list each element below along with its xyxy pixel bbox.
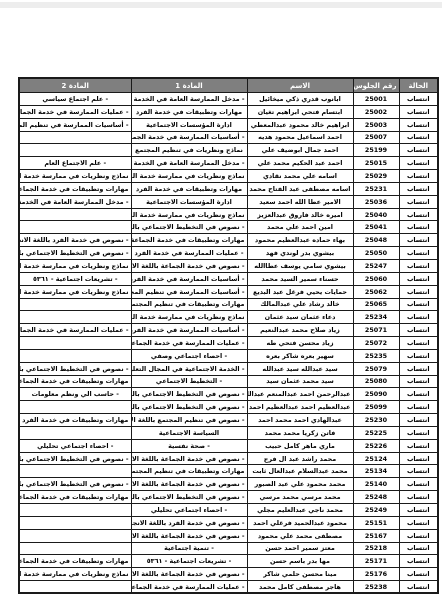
name-cell: محمد ناجي عبدالعليم مجلي: [247, 504, 353, 517]
table-row: انتساب25099عبدالعظيم احمد عبدالعظيم احمد…: [19, 401, 438, 414]
table-row: انتساب25167مصطفى محمد علي محمود- نصوص في…: [19, 529, 438, 542]
name-cell: مها بدر باسم حسن: [247, 555, 353, 568]
table-row: انتساب25036الامير عطا الله احمد سعيدادار…: [19, 195, 438, 208]
subject2-cell: [19, 401, 131, 414]
subject1-cell: - التخطيط الاجتماعي: [131, 375, 247, 388]
seat-number-cell: 25199: [353, 144, 399, 157]
subject2-cell: - نصوص في التخطيط الاجتماعي باللغة الانج…: [19, 452, 131, 465]
subject2-cell: نماذج ونظريات في ممارسة خدمة الجماعة: [19, 568, 131, 581]
subject2-cell: - نصوص في التخطيط الاجتماعي باللغة الانج…: [19, 478, 131, 491]
subject2-cell: نماذج ونظريات في ممارسة خدمة الجماعة: [19, 170, 131, 183]
seat-number-cell: 25040: [353, 208, 399, 221]
seat-number-cell: 25090: [353, 388, 399, 401]
status-cell: انتساب: [399, 504, 438, 517]
status-cell: انتساب: [399, 388, 438, 401]
subject1-cell: نماذج ونظريات في ممارسة خدمة الفرد: [131, 311, 247, 324]
seat-number-cell: 25238: [353, 581, 399, 594]
table-row: انتساب25235سهير بعره شاكر بعره- احصاء اج…: [19, 349, 438, 362]
name-cell: ابراهيم خالد محمود عبدالمعطي: [247, 118, 353, 131]
subject2-cell: مهارات وتطبيقات في خدمة الجماعة: [19, 555, 131, 568]
name-cell: خالد رشاد علي عبدالمالك: [247, 298, 353, 311]
subject1-cell: - الخدمة الاجتماعية في المجال التعليمي و…: [131, 362, 247, 375]
subject1-cell: - نصوص في خدمة الجماعة باللغة الانجليزية: [131, 452, 247, 465]
name-cell: احمد جمال ابوضيف علي: [247, 144, 353, 157]
table-row: انتساب25234دعاء عثمان سيد عثماننماذج ونظ…: [19, 311, 438, 324]
seat-number-cell: 25002: [353, 105, 399, 118]
subject2-cell: نماذج ونظريات في ممارسة خدمة الجماعة: [19, 259, 131, 272]
subject2-cell: - عمليات الممارسة في خدمة الجماعة: [19, 105, 131, 118]
subject1-cell: - احصاء اجتماعي تحليلي: [131, 504, 247, 517]
table-row: انتساب25003ابراهيم خالد محمود عبدالمعطيا…: [19, 118, 438, 131]
status-cell: انتساب: [399, 349, 438, 362]
name-cell: هاجر مصطفى كامل محمد: [247, 581, 353, 594]
name-cell: اسامه مصطفى عبد الفتاح محمد: [247, 182, 353, 195]
status-cell: انتساب: [399, 529, 438, 542]
subject2-cell: [19, 504, 131, 517]
seat-number-cell: 25124: [353, 452, 399, 465]
seat-number-cell: 25099: [353, 401, 399, 414]
table-row: انتساب25225فاتن زكريا محمد محمدالسياسة ا…: [19, 426, 438, 439]
seat-number-cell: 25001: [353, 93, 399, 106]
table-row: انتساب25001ابانوب قدري ذكي ميخائيل- مدخل…: [19, 93, 438, 106]
seat-number-cell: 25079: [353, 362, 399, 375]
status-cell: انتساب: [399, 452, 438, 465]
table-row: انتساب25226ماري ماهر كامل حبيب- صحة نفسي…: [19, 439, 438, 452]
seat-number-cell: 25230: [353, 414, 399, 427]
subject2-cell: مهارات وتطبيقات في خدمة الجماعة: [19, 491, 131, 504]
status-cell: انتساب: [399, 555, 438, 568]
name-cell: محمود عبدالحميد فرغلي احمد: [247, 516, 353, 529]
table-body: انتساب25001ابانوب قدري ذكي ميخائيل- مدخل…: [19, 93, 438, 594]
seat-number-cell: 25235: [353, 349, 399, 362]
seat-number-cell: 25226: [353, 439, 399, 452]
table-row: انتساب25171مها بدر باسم حسن- تشريعات اجت…: [19, 555, 438, 568]
subject1-cell: - نصوص في التخطيط الاجتماعي باللغة الانج…: [131, 401, 247, 414]
table-row: انتساب25041امين احمد علي محمد- نصوص في ا…: [19, 221, 438, 234]
subject1-cell: - أساسيات الممارسة في تنظيم المجتمع: [131, 285, 247, 298]
table-row: انتساب25050بيشوي بدر لوندي فهد- عمليات ا…: [19, 247, 438, 260]
subject1-cell: نماذج ونظريات في تنظيم المجتمع: [131, 144, 247, 157]
table-row: انتساب25247بيشوي سامي يوسف عطاالله- نصوص…: [19, 259, 438, 272]
status-cell: انتساب: [399, 401, 438, 414]
subject2-cell: [19, 529, 131, 542]
table-row: انتساب25124محمد راشد عبد ال فرج- نصوص في…: [19, 452, 438, 465]
name-cell: ابتسام فتحي ابراهيم تغيان: [247, 105, 353, 118]
subject2-cell: [19, 581, 131, 594]
subject2-cell: - احصاء اجتماعي تحليلي: [19, 439, 131, 452]
table-row: انتساب25007احمد اسماعيل محمود هديه- أساس…: [19, 131, 438, 144]
name-cell: فاتن زكريا محمد محمد: [247, 426, 353, 439]
status-cell: انتساب: [399, 272, 438, 285]
seat-number-cell: 25048: [353, 234, 399, 247]
subject1-cell: - نصوص في خدمة الجماعة باللغة الانجليزية: [131, 529, 247, 542]
status-cell: انتساب: [399, 157, 438, 170]
subject2-cell: - أساسيات الممارسة في تنظيم المجتمع: [19, 118, 131, 131]
subject2-cell: - عمليات الممارسة في خدمة الجماعة: [19, 324, 131, 337]
name-cell: اسامه علي محمد نقادي: [247, 170, 353, 183]
table-row: انتساب25199احمد جمال ابوضيف علينماذج ونظ…: [19, 144, 438, 157]
name-cell: حسناء سمير السيد محمد: [247, 272, 353, 285]
table-row: انتساب25071زياد صلاح محمد عبدالنعيم- أسا…: [19, 324, 438, 337]
subject2-cell: [19, 221, 131, 234]
subject1-cell: - أساسيات الممارسة في خدمة الجماعة: [131, 131, 247, 144]
status-cell: انتساب: [399, 439, 438, 452]
subject2-cell: [19, 208, 131, 221]
subject1-cell: - نصوص في خدمة الجماعة باللغة الانجليزية: [131, 568, 247, 581]
table-row: انتساب25140محمد محمود علي عبد الصبور- نص…: [19, 478, 438, 491]
subject2-cell: - نصوص في خدمة الفرد باللغة الانجليزية: [19, 234, 131, 247]
subject1-cell: - نصوص في تنظيم المجتمع باللغة الانجليزي…: [131, 414, 247, 427]
table-row: انتساب25015احمد عبد الحكيم محمد علي- مدخ…: [19, 157, 438, 170]
status-cell: انتساب: [399, 170, 438, 183]
subject2-cell: مهارات وتطبيقات في خدمة الفرد: [19, 414, 131, 427]
subject2-cell: - حاسب الي ونظم معلومات: [19, 388, 131, 401]
status-cell: انتساب: [399, 131, 438, 144]
subject1-cell: - نصوص في التخطيط الاجتماعي باللغة الانج…: [131, 388, 247, 401]
status-cell: انتساب: [399, 491, 438, 504]
name-cell: حمايات يحيي فرغل عبد البديع: [247, 285, 353, 298]
seat-number-cell: 25072: [353, 337, 399, 350]
subject2-cell: [19, 131, 131, 144]
status-cell: انتساب: [399, 105, 438, 118]
subject2-cell: - مدخل الممارسة العامة في الخدمة الاجتما…: [19, 195, 131, 208]
subject2-cell: مهارات وتطبيقات في خدمة الجماعة: [19, 375, 131, 388]
seat-number-cell: 25218: [353, 542, 399, 555]
seat-number-cell: 25225: [353, 426, 399, 439]
name-cell: محمد عبدالسلام عبدالعال ثابت: [247, 465, 353, 478]
name-cell: بيشوي بدر لوندي فهد: [247, 247, 353, 260]
column-header-subject1: المادة 1: [131, 78, 247, 93]
name-cell: عبدالرحمن احمد عبدالمنعم عبدالله: [247, 388, 353, 401]
table-row: انتساب25238هاجر مصطفى كامل محمد- عمليات …: [19, 581, 438, 594]
status-cell: انتساب: [399, 581, 438, 594]
table-row: انتساب25002ابتسام فتحي ابراهيم تغيانمهار…: [19, 105, 438, 118]
table-header: الحالة رقم الجلوس الاسم المادة 1 المادة …: [19, 78, 438, 93]
subject1-cell: - أساسيات الممارسة في خدمة الفرد: [131, 324, 247, 337]
seat-number-cell: 25065: [353, 298, 399, 311]
name-cell: اميره خالد فاروق عبدالعزيز: [247, 208, 353, 221]
name-cell: احمد عبد الحكيم محمد علي: [247, 157, 353, 170]
name-cell: ابانوب قدري ذكي ميخائيل: [247, 93, 353, 106]
subject1-cell: السياسة الاجتماعية: [131, 426, 247, 439]
subject2-cell: [19, 144, 131, 157]
subject1-cell: ادارة المؤسسات الاجتماعية: [131, 195, 247, 208]
subject2-cell: [19, 426, 131, 439]
seat-number-cell: 25247: [353, 259, 399, 272]
name-cell: مصطفى محمد علي محمود: [247, 529, 353, 542]
seat-number-cell: 25176: [353, 568, 399, 581]
name-cell: زياد صلاح محمد عبدالنعيم: [247, 324, 353, 337]
subject1-cell: - مدخل الممارسة العامة في الخدمة الاجتما…: [131, 157, 247, 170]
table-row: انتساب25230عبدالهادي احمد محمد احمد- نصو…: [19, 414, 438, 427]
subject1-cell: مهارات وتطبيقات في خدمة الفرد: [131, 105, 247, 118]
status-cell: انتساب: [399, 568, 438, 581]
subject2-cell: - علم اجتماع سياسي: [19, 93, 131, 106]
subject1-cell: مهارات وتطبيقات في تنظيم المجتمع: [131, 298, 247, 311]
table-row: انتساب25151محمود عبدالحميد فرغلي احمد- ن…: [19, 516, 438, 529]
subject1-cell: - صحة نفسية: [131, 439, 247, 452]
subject2-cell: - علم الاجتماع العام: [19, 157, 131, 170]
seat-number-cell: 25249: [353, 504, 399, 517]
name-cell: سهير بعره شاكر بعره: [247, 349, 353, 362]
name-cell: امين احمد علي محمد: [247, 221, 353, 234]
subject1-cell: - عمليات الممارسة في خدمة الجماعة: [131, 337, 247, 350]
status-cell: انتساب: [399, 195, 438, 208]
subject2-cell: [19, 542, 131, 555]
status-cell: انتساب: [399, 298, 438, 311]
name-cell: احمد اسماعيل محمود هديه: [247, 131, 353, 144]
subject1-cell: - عمليات الممارسة في خدمة الجماعة: [131, 581, 247, 594]
name-cell: زياد محسن فتحي طه: [247, 337, 353, 350]
table-row: انتساب25040اميره خالد فاروق عبدالعزيزنما…: [19, 208, 438, 221]
seat-number-cell: 25151: [353, 516, 399, 529]
subject2-cell: [19, 465, 131, 478]
seat-number-cell: 25029: [353, 170, 399, 183]
seat-number-cell: 25167: [353, 529, 399, 542]
column-header-status: الحالة: [399, 78, 438, 93]
subject1-cell: - عمليات الممارسة في خدمة الفرد: [131, 247, 247, 260]
seat-number-cell: 25060: [353, 272, 399, 285]
table-row: انتساب25048بهاء حماده عبدالعظيم محمودمها…: [19, 234, 438, 247]
status-cell: انتساب: [399, 234, 438, 247]
seat-number-cell: 25050: [353, 247, 399, 260]
subject1-cell: مهارات وتطبيقات في خدمة الفرد: [131, 182, 247, 195]
subject1-cell: ادارة المؤسسات الاجتماعية: [131, 118, 247, 131]
status-cell: انتساب: [399, 208, 438, 221]
subject1-cell: مهارات وتطبيقات في خدمة الجماعة: [131, 234, 247, 247]
subject2-cell: [19, 516, 131, 529]
subject1-cell: - نصوص في خدمة الفرد باللغة الانجليزية: [131, 516, 247, 529]
subject2-cell: - نصوص في التخطيط الاجتماعي باللغة الانج…: [19, 247, 131, 260]
seat-number-cell: 25171: [353, 555, 399, 568]
table-row: انتساب25072زياد محسن فتحي طه- عمليات الم…: [19, 337, 438, 350]
seat-number-cell: 25134: [353, 465, 399, 478]
status-cell: انتساب: [399, 311, 438, 324]
subject1-cell: نماذج ونظريات في ممارسة خدمة الفرد: [131, 170, 247, 183]
status-cell: انتساب: [399, 478, 438, 491]
name-cell: بهاء حماده عبدالعظيم محمود: [247, 234, 353, 247]
subject1-cell: مهارات وتطبيقات في تنظيم المجتمع: [131, 465, 247, 478]
subject1-cell: - مدخل الممارسة العامة في الخدمة الاجتما…: [131, 93, 247, 106]
seat-number-cell: 25036: [353, 195, 399, 208]
table-row: انتساب25231اسامه مصطفى عبد الفتاح محمدمه…: [19, 182, 438, 195]
seat-number-cell: 25234: [353, 311, 399, 324]
table-row: انتساب25062حمايات يحيي فرغل عبد البديع- …: [19, 285, 438, 298]
subject1-cell: - احصاء اجتماعي وصفي: [131, 349, 247, 362]
table-row: انتساب25176مينا محسن حلمي شاكر- نصوص في …: [19, 568, 438, 581]
subject2-cell: [19, 298, 131, 311]
table-row: انتساب25060حسناء سمير السيد محمد- أساسيا…: [19, 272, 438, 285]
seat-number-cell: 25062: [353, 285, 399, 298]
seat-number-cell: 25007: [353, 131, 399, 144]
subject1-cell: نماذج ونظريات في ممارسة خدمة الفرد: [131, 208, 247, 221]
name-cell: بيشوي سامي يوسف عطاالله: [247, 259, 353, 272]
table-row: انتساب25134محمد عبدالسلام عبدالعال ثابتم…: [19, 465, 438, 478]
name-cell: محمد مرسي محمد مرسي: [247, 491, 353, 504]
status-cell: انتساب: [399, 337, 438, 350]
table-row: انتساب25079سيد عبدالله سيد عبدالله- الخد…: [19, 362, 438, 375]
seat-number-cell: 25080: [353, 375, 399, 388]
status-cell: انتساب: [399, 324, 438, 337]
subject2-cell: - نصوص في التخطيط الاجتماعي باللغة الانج…: [19, 362, 131, 375]
name-cell: ماري ماهر كامل حبيب: [247, 439, 353, 452]
table-row: انتساب25248محمد مرسي محمد مرسي- نصوص في …: [19, 491, 438, 504]
subject1-cell: - تنمية اجتماعية: [131, 542, 247, 555]
status-cell: انتساب: [399, 221, 438, 234]
name-cell: عبدالهادي احمد محمد احمد: [247, 414, 353, 427]
status-cell: انتساب: [399, 259, 438, 272]
subject2-cell: [19, 337, 131, 350]
subject2-cell: - تشريعات اجتماعية - ٥٣٦١: [19, 272, 131, 285]
subject1-cell: - أساسيات الممارسة في خدمة الفرد: [131, 272, 247, 285]
table-row: انتساب25065خالد رشاد علي عبدالمالكمهارات…: [19, 298, 438, 311]
exam-results-table: الحالة رقم الجلوس الاسم المادة 1 المادة …: [18, 77, 439, 594]
seat-number-cell: 25015: [353, 157, 399, 170]
status-cell: انتساب: [399, 118, 438, 131]
status-cell: انتساب: [399, 285, 438, 298]
seat-number-cell: 25071: [353, 324, 399, 337]
table-row: انتساب25029اسامه علي محمد نقادينماذج ونظ…: [19, 170, 438, 183]
status-cell: انتساب: [399, 93, 438, 106]
subject1-cell: - نصوص في خدمة الجماعة باللغة الانجليزية: [131, 259, 247, 272]
status-cell: انتساب: [399, 414, 438, 427]
status-cell: انتساب: [399, 542, 438, 555]
seat-number-cell: 25041: [353, 221, 399, 234]
subject1-cell: - نصوص في خدمة الجماعة باللغة الانجليزية: [131, 478, 247, 491]
status-cell: انتساب: [399, 362, 438, 375]
subject1-cell: - نصوص في التخطيط الاجتماعي باللغة الانج…: [131, 491, 247, 504]
subject2-cell: نماذج ونظريات في ممارسة خدمة الجماعة: [19, 285, 131, 298]
page: { "page": { "top_strip_color": "#ededed"…: [0, 0, 442, 604]
status-cell: انتساب: [399, 516, 438, 529]
header-row: الحالة رقم الجلوس الاسم المادة 1 المادة …: [19, 78, 438, 93]
name-cell: عبدالعظيم احمد عبدالعظيم احمد: [247, 401, 353, 414]
status-cell: انتساب: [399, 182, 438, 195]
seat-number-cell: 25231: [353, 182, 399, 195]
table-row: انتساب25090عبدالرحمن احمد عبدالمنعم عبدا…: [19, 388, 438, 401]
name-cell: سيد عبدالله سيد عبدالله: [247, 362, 353, 375]
top-strip: [0, 2, 442, 8]
seat-number-cell: 25140: [353, 478, 399, 491]
seat-number-cell: 25003: [353, 118, 399, 131]
subject2-cell: [19, 349, 131, 362]
column-header-seat: رقم الجلوس: [353, 78, 399, 93]
name-cell: مينا محسن حلمي شاكر: [247, 568, 353, 581]
column-header-subject2: المادة 2: [19, 78, 131, 93]
name-cell: سيد محمد عثمان سيد: [247, 375, 353, 388]
status-cell: انتساب: [399, 465, 438, 478]
subject1-cell: - تشريعات اجتماعية - ٥٣٦١: [131, 555, 247, 568]
table-row: انتساب25249محمد ناجي عبدالعليم مجلي- احص…: [19, 504, 438, 517]
name-cell: الامير عطا الله احمد سعيد: [247, 195, 353, 208]
seat-number-cell: 25248: [353, 491, 399, 504]
status-cell: انتساب: [399, 247, 438, 260]
subject2-cell: [19, 311, 131, 324]
subject1-cell: - نصوص في التخطيط الاجتماعي باللغة الانج…: [131, 221, 247, 234]
status-cell: انتساب: [399, 144, 438, 157]
name-cell: معتز سمير احمد حسن: [247, 542, 353, 555]
status-cell: انتساب: [399, 375, 438, 388]
subject2-cell: مهارات وتطبيقات في خدمة الجماعة: [19, 182, 131, 195]
table-row: انتساب25080سيد محمد عثمان سيد- التخطيط ا…: [19, 375, 438, 388]
table-row: انتساب25218معتز سمير احمد حسن- تنمية اجت…: [19, 542, 438, 555]
name-cell: دعاء عثمان سيد عثمان: [247, 311, 353, 324]
column-header-name: الاسم: [247, 78, 353, 93]
name-cell: محمد راشد عبد ال فرج: [247, 452, 353, 465]
name-cell: محمد محمود علي عبد الصبور: [247, 478, 353, 491]
status-cell: انتساب: [399, 426, 438, 439]
